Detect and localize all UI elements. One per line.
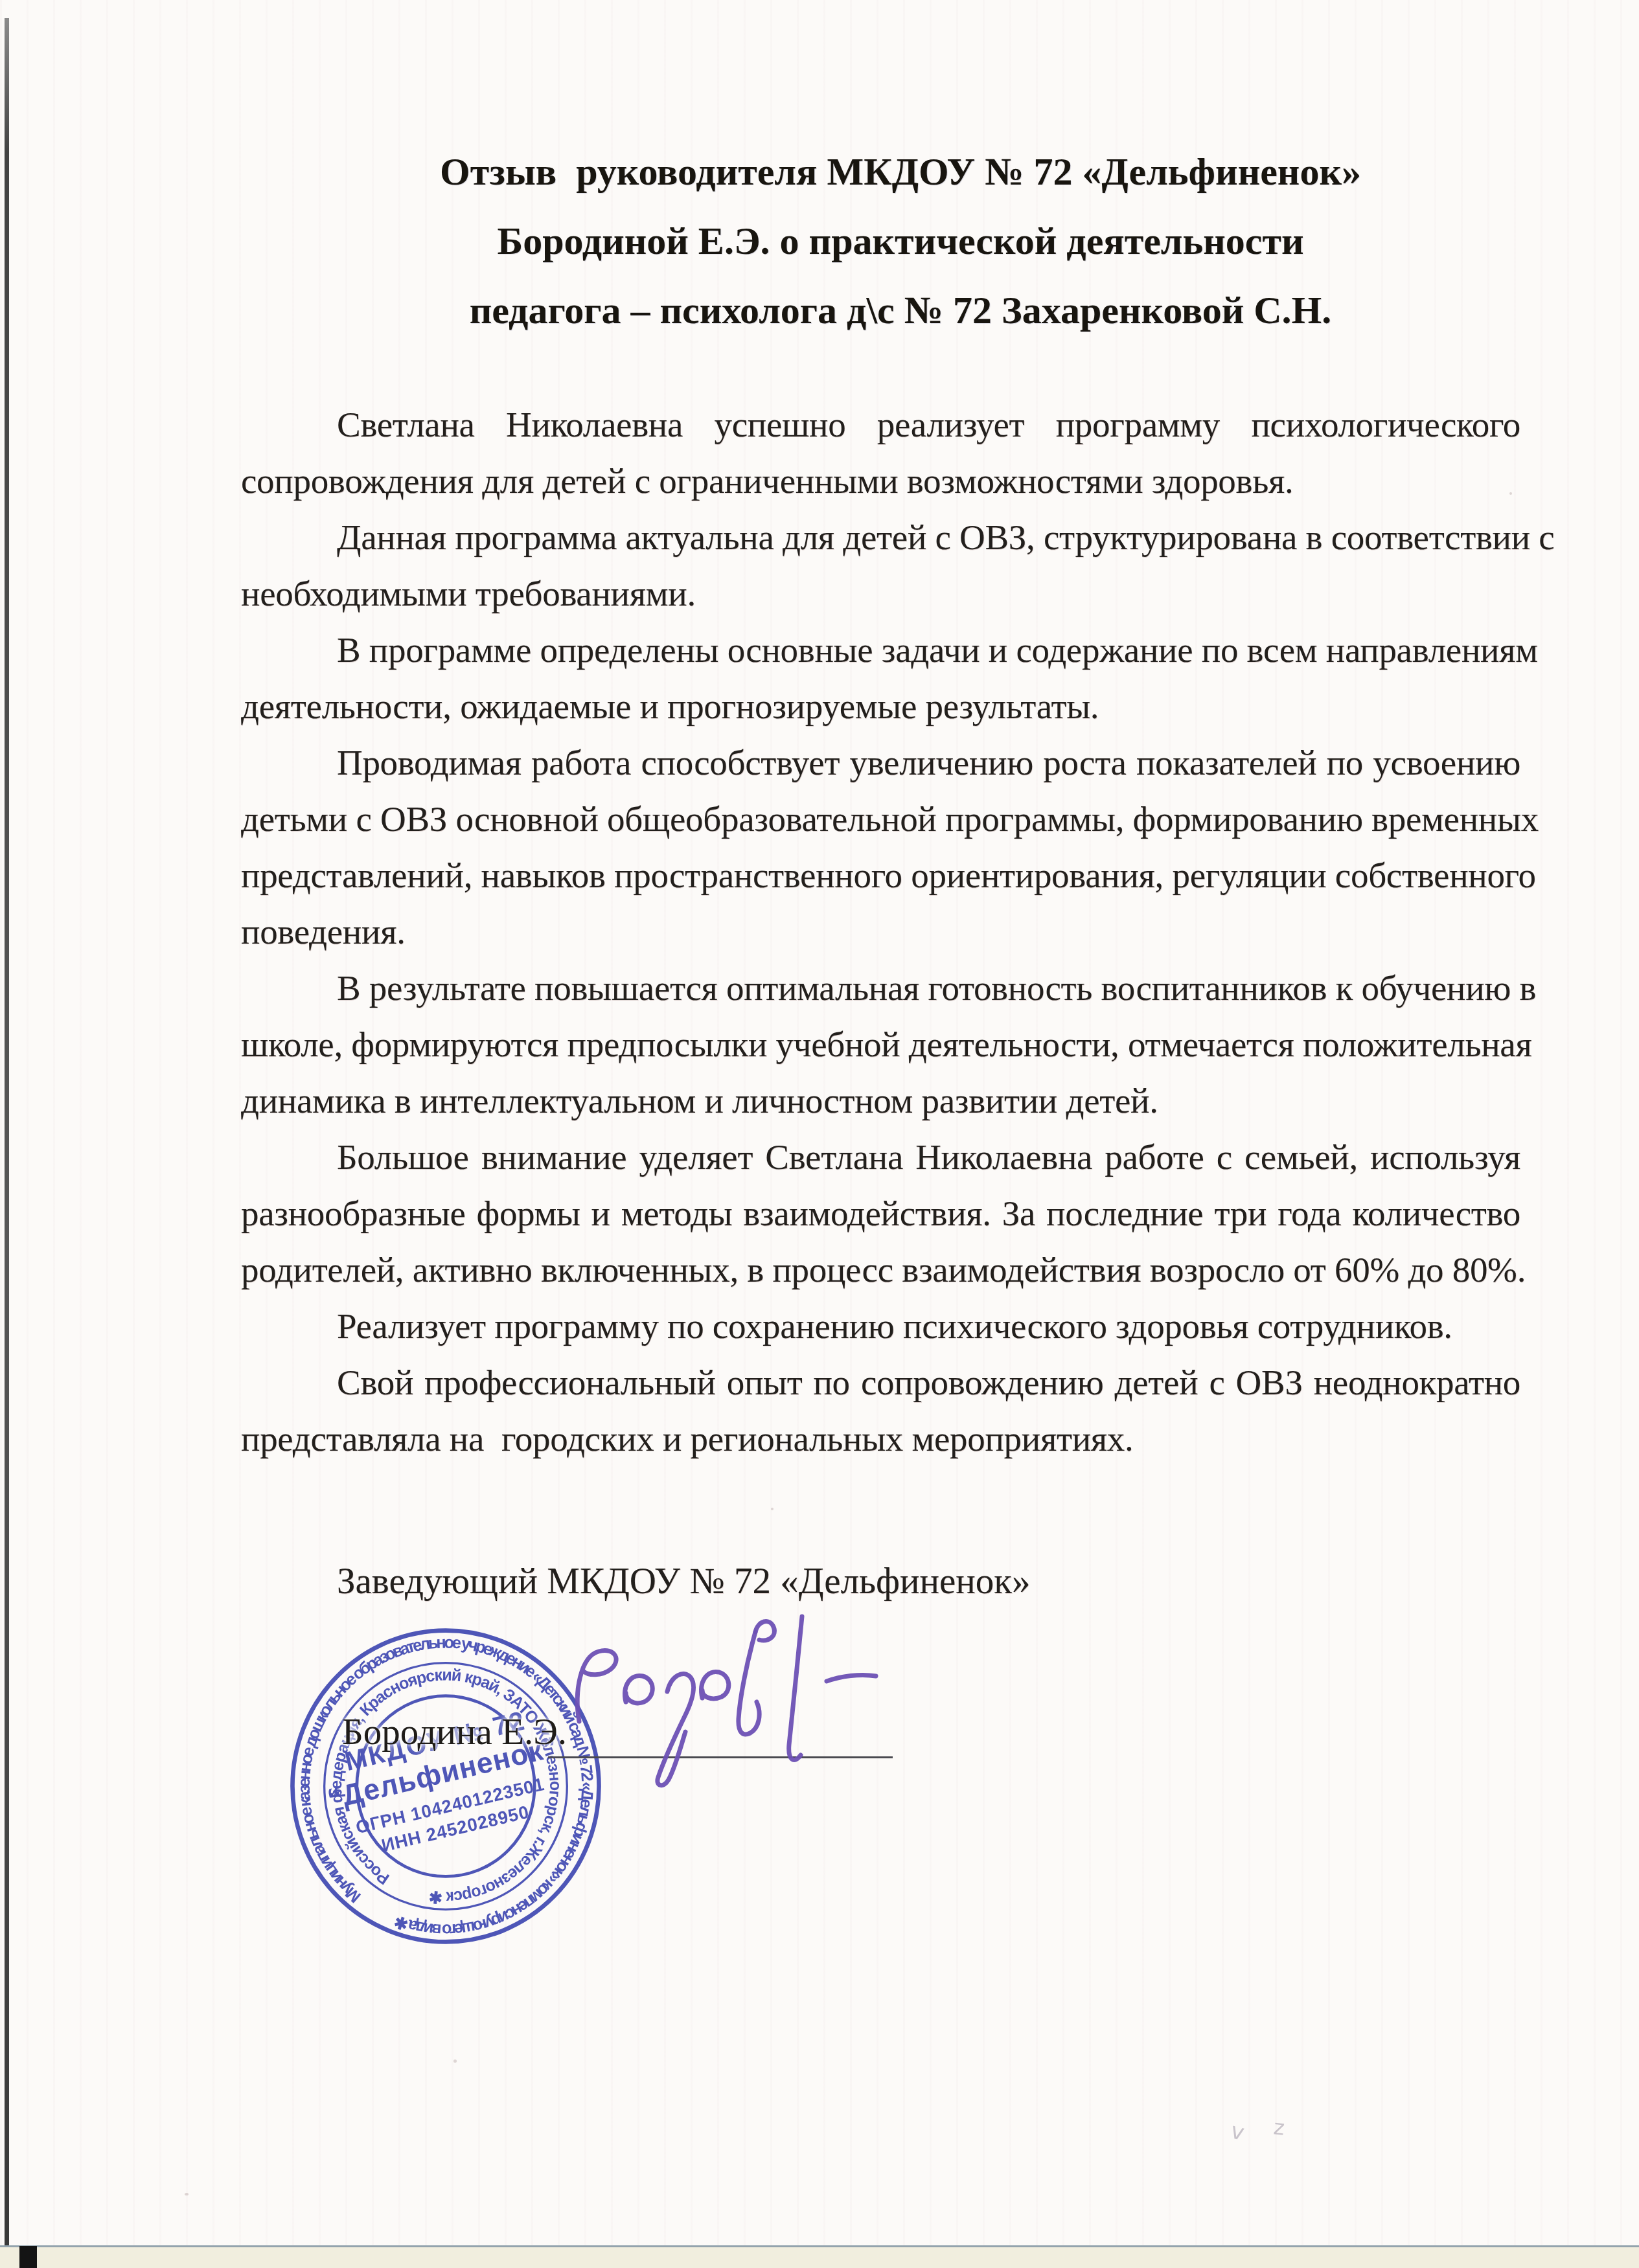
signoff-name: Бородина Е.Э. [342,1710,567,1755]
body-line: динамика в интеллектуальном и личностном… [241,1072,1520,1129]
scan-bottom-notch-artifact [19,2246,37,2268]
body-line: В результате повышается оптимальная гото… [241,960,1520,1016]
body-line: родителей, активно включенных, в процесс… [241,1242,1520,1298]
body-line: В программе определены основные задачи и… [241,622,1520,678]
body-line: Данная программа актуальна для детей с О… [241,509,1520,565]
title-line: Отзыв руководителя МКДОУ № 72 «Дельфинен… [292,137,1509,207]
body-line: представляла на городских и региональных… [241,1411,1520,1467]
scan-speck [1509,492,1512,495]
scan-speck [185,2193,189,2195]
body-line: Проводимая работа способствует увеличени… [241,734,1520,791]
body-line: Большое внимание уделяет Светлана Никола… [241,1129,1520,1185]
pencil-mark: z [1272,2115,1286,2140]
pencil-mark: v [1228,2118,1246,2146]
handwritten-signature [548,1594,911,1789]
body-line: необходимыми требованиями. [241,565,1520,622]
body-line: Светлана Николаевна успешно реализует пр… [241,396,1520,453]
body-line: Реализует программу по сохранению психич… [241,1298,1520,1354]
scanned-letter-page: Отзыв руководителя МКДОУ № 72 «Дельфинен… [0,0,1639,2268]
body-line: детьми с ОВЗ основной общеобразовательно… [241,791,1520,847]
body-line: разнообразные формы и методы взаимодейст… [241,1185,1520,1242]
scan-bottom-band [0,2247,1639,2268]
body-line: поведения. [241,903,1520,960]
body-line: школе, формируются предпосылки учебной д… [241,1016,1520,1072]
letter-title: Отзыв руководителя МКДОУ № 72 «Дельфинен… [292,137,1509,345]
body-line: сопровождения для детей с ограниченными … [241,453,1520,509]
scan-speck [453,2059,457,2063]
scan-left-edge-artifact [5,18,9,2247]
title-line: Бородиной Е.Э. о практической деятельнос… [292,207,1509,276]
title-line: педагога – психолога д\с № 72 Захаренков… [292,276,1509,345]
body-line: представлений, навыков пространственного… [241,847,1520,903]
signoff-position-line: Заведующий МКДОУ № 72 «Дельфиненок» [241,1553,1616,1609]
body-line: деятельности, ожидаемые и прогнозируемые… [241,678,1520,734]
body-line: Свой профессиональный опыт по сопровожде… [241,1354,1520,1411]
letter-body: Светлана Николаевна успешно реализует пр… [241,396,1520,1467]
scan-speck [771,1508,774,1510]
